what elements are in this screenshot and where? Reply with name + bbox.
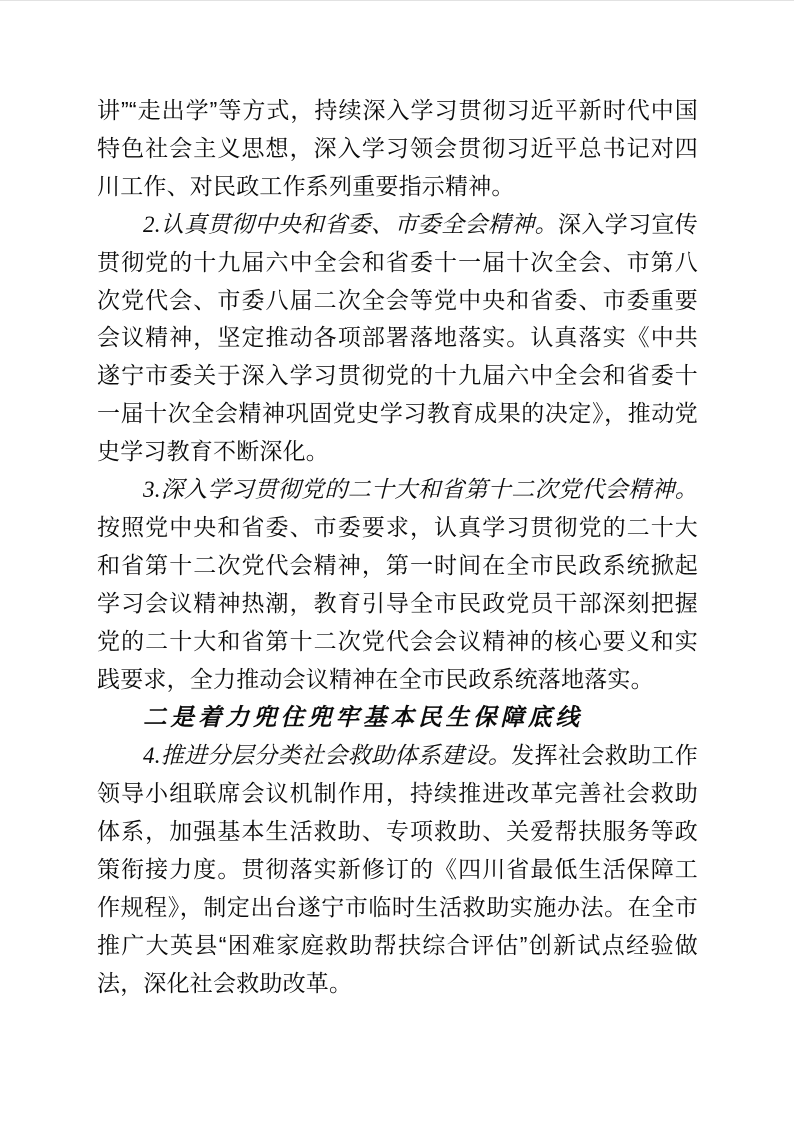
item-4-lead: 4.推进分层分类社会救助体系建设。 <box>143 743 511 768</box>
item-3-lead: 3.深入学习贯彻党的二十大和省第十二次党代会精神。 <box>143 477 698 502</box>
paragraph-item-2: 2.认真贯彻中央和省委、市委全会精神。深入学习宣传贯彻党的十九届六中全会和省委十… <box>97 206 698 471</box>
paragraph-item-4: 4.推进分层分类社会救助体系建设。发挥社会救助工作领导小组联席会议机制作用，持续… <box>97 737 698 1002</box>
document-body: 讲”“走出学”等方式，持续深入学习贯彻习近平新时代中国特色社会主义思想，深入学习… <box>97 92 698 1003</box>
item-4-text: 发挥社会救助工作领导小组联席会议机制作用，持续推进改革完善社会救助体系，加强基本… <box>97 742 698 995</box>
item-2-lead: 2.认真贯彻中央和省委、市委全会精神。 <box>143 212 558 237</box>
item-2-text: 深入学习宣传贯彻党的十九届六中全会和省委十一届十次全会、市第八次党代会、市委八届… <box>97 211 698 464</box>
section-heading-2: 二是着力兜住兜牢基本民生保障底线 <box>97 699 698 738</box>
paragraph-item-3: 3.深入学习贯彻党的二十大和省第十二次党代会精神。按照党中央和省委、市委要求，认… <box>97 471 698 698</box>
page-top-edge <box>0 0 794 1</box>
item-3-text: 按照党中央和省委、市委要求，认真学习贯彻党的二十大和省第十二次党代会精神，第一时… <box>97 514 698 692</box>
section-heading-text: 二是着力兜住兜牢基本民生保障底线 <box>143 705 583 731</box>
paragraph-text: 讲”“走出学”等方式，持续深入学习贯彻习近平新时代中国特色社会主义思想，深入学习… <box>97 97 698 199</box>
paragraph-continuation: 讲”“走出学”等方式，持续深入学习贯彻习近平新时代中国特色社会主义思想，深入学习… <box>97 92 698 206</box>
